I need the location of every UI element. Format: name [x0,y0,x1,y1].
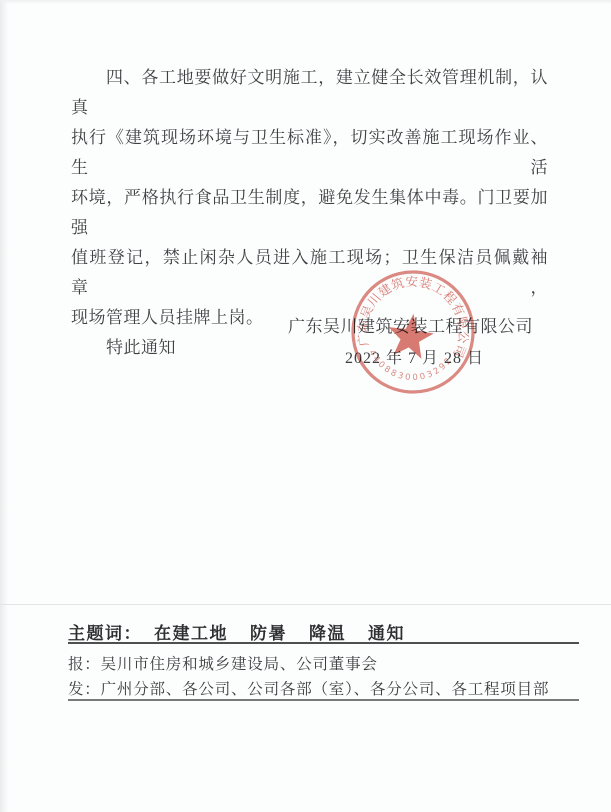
company-seal: 广东吴川建筑安装工程有限公司 4408830003292 [342,261,484,403]
body-line: 环境，严格执行食品卫生制度，避免发生集体中毒。门卫要加强 [71,183,548,243]
subject-keyword: 通知 [368,624,405,643]
distribute-to-row: 发：广州分部、各公司、公司各部（室）、各分公司、各工程项目部 [68,677,549,699]
star-icon [385,311,436,360]
document-page: 四、各工地要做好文明施工，建立健全长效管理机制，认真 执行《建筑现场环境与卫生标… [0,0,611,812]
subject-keyword: 降温 [309,624,346,643]
body-line: 执行《建筑现场环境与卫生标准》，切实改善施工现场作业、生活 [71,123,548,183]
subject-keywords-row: 主题词：在建工地防暑降温通知 [68,619,405,644]
distribute-recipients: 广州分部、各公司、公司各部（室）、各分公司、各工程项目部 [101,681,550,698]
subject-keyword: 防暑 [250,624,287,643]
subject-label: 主题词： [68,624,142,643]
footer-top-faint-rule [0,604,611,605]
distribute-label: 发： [68,681,101,698]
report-recipients: 吴川市住房和城乡建设局、公司董事会 [101,656,378,673]
footer-bottom-rule [68,699,579,701]
seal-code-text: 4408830003292 [363,343,456,389]
body-line: 四、各工地要做好文明施工，建立健全长效管理机制，认真 [71,63,548,123]
subject-underline [68,642,579,644]
report-label: 报： [68,656,101,673]
svg-text:4408830003292: 4408830003292 [363,343,456,389]
report-to-row: 报：吴川市住房和城乡建设局、公司董事会 [68,652,378,674]
subject-keyword: 在建工地 [154,624,228,643]
